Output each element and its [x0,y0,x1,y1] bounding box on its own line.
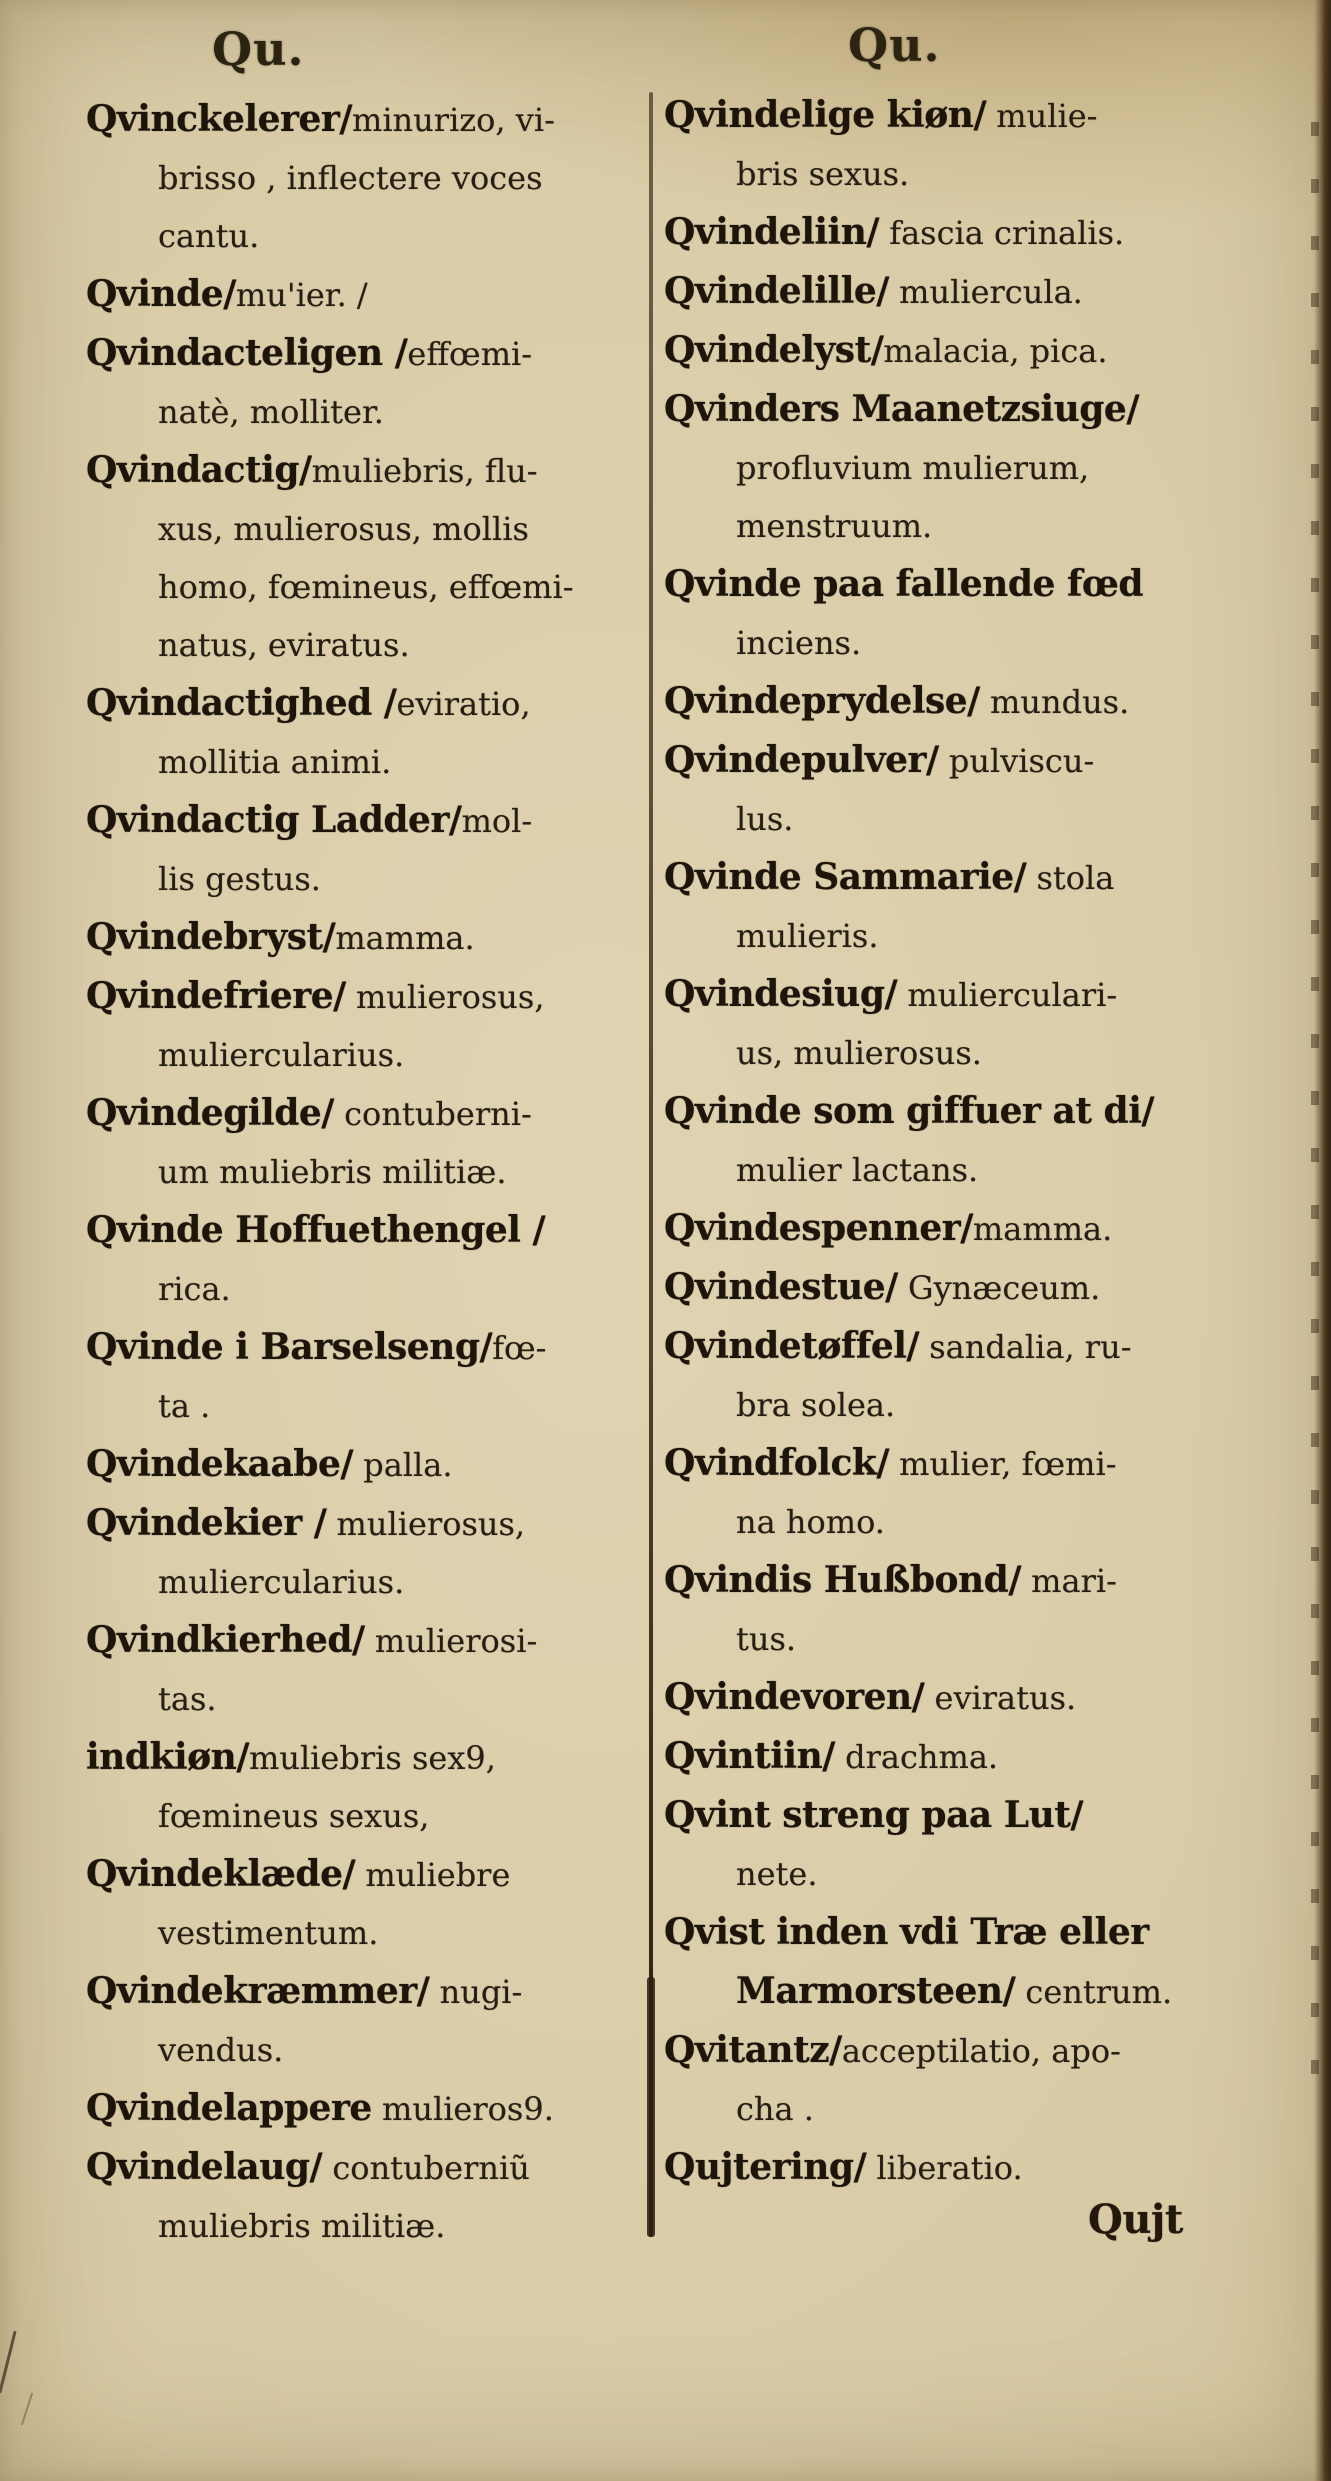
dictionary-entry: Qvindeklæde/ muliebre vestimentum. [86,1845,652,1962]
entry-headword: Qvinde som giffuer at di/ [664,1090,1154,1132]
entry-definition: palla. [353,1446,452,1484]
entry-definition: centrum. [1015,1973,1172,2011]
entry-headword: Qvindeklæde/ [86,1853,355,1895]
entry-headword: Qvint streng paa Lut/ [664,1794,1083,1836]
entry-definition: muliercula. [889,273,1083,311]
entry-headword: Qvindespenner/ [664,1207,973,1249]
entry-definition: fascia crinalis. [879,214,1124,252]
entry-headword: Qvindekaabe/ [86,1443,353,1485]
dictionary-entry: Qvinde paa fallende fœd inciens. [664,555,1329,672]
dictionary-entry: Qvitantz/acceptilatio, apo- cha . [664,2021,1329,2138]
dictionary-entry: Qvintiin/ drachma. [664,1727,1329,1786]
dictionary-entry: Qvindekræmmer/ nugi- vendus. [86,1962,652,2079]
dictionary-entry: Qvinde/mu'ier. / [86,265,652,324]
entry-headword: Qvinde i Barselseng/ [86,1326,492,1368]
entry-definition: Gynæceum. [898,1269,1100,1307]
dictionary-entry: Qvindepulver/ pulviscu- lus. [664,731,1329,848]
dictionary-entry: Qujtering/ liberatio. [664,2138,1329,2197]
entry-definition: liberatio. [866,2149,1022,2187]
entry-headword: Qvindactig Ladder/ [86,799,462,841]
entry-definition: eviratus. [924,1679,1076,1717]
dictionary-entry: Qvindactighed /eviratio, mollitia animi. [86,674,652,791]
entry-headword: Qvinde paa fallende fœd [664,563,1143,605]
entry-headword: Qvitantz/ [664,2029,842,2071]
entry-definition: mamma. [335,919,474,957]
entry-headword: Qvindekier / [86,1502,326,1544]
dictionary-entry: Qvinde som giffuer at di/ mulier lactans… [664,1082,1329,1199]
dictionary-entry: Qvindis Hußbond/ mari- tus. [664,1551,1329,1668]
dictionary-entry: Qvindesiug/ mulierculari- us, mulierosus… [664,965,1329,1082]
entry-definition: mundus. [980,683,1129,721]
dictionary-entry: Qvindekier / mulierosus, muliercularius. [86,1494,652,1611]
dictionary-entry: Qvindeliin/ fascia crinalis. [664,203,1329,262]
entry-headword: Qvindeliin/ [664,211,879,253]
ink-mark [21,2393,33,2426]
entry-definition: drachma. [835,1738,998,1776]
entry-headword: Qvindesiug/ [664,973,897,1015]
entry-headword: Qvindepulver/ [664,739,939,781]
dictionary-entry: Qvindfolck/ mulier, fœmi- na homo. [664,1434,1329,1551]
entry-headword: Qvindelige kiøn/ [664,94,986,136]
entry-headword: Qvindfolck/ [664,1442,889,1484]
entry-headword: Qvindelaug/ [86,2146,322,2188]
left-column-header: Qu. [212,22,305,76]
ink-mark [0,2331,17,2394]
entry-headword: Qvindelyst/ [664,329,883,371]
entry-headword: Qvindelappere [86,2087,372,2129]
dictionary-entry: Qvinders Maanetzsiuge/ profluvium mulier… [664,380,1329,555]
entry-definition: mamma. [973,1210,1112,1248]
entry-headword: Qvinde/ [86,273,236,315]
entry-headword: Qvindeprydelse/ [664,680,980,722]
entry-headword: Qvindestue/ [664,1266,898,1308]
entry-headword: Qvindegilde/ [86,1092,334,1134]
dictionary-entry: Qvindevoren/ eviratus. [664,1668,1329,1727]
entry-headword: Qvindekræmmer/ [86,1970,429,2012]
dictionary-entry: Qvindespenner/mamma. [664,1199,1329,1258]
dictionary-entry: Qvindelille/ muliercula. [664,262,1329,321]
dictionary-entry: Qvindactig Ladder/mol- lis gestus. [86,791,652,908]
entry-headword: Qvindetøffel/ [664,1325,919,1367]
entry-headword: Qvindebryst/ [86,916,335,958]
dictionary-entry: Qvindetøffel/ sandalia, ru- bra solea. [664,1317,1329,1434]
entry-definition: rica. [158,1270,231,1308]
right-column-entries: Qvindelige kiøn/ mulie- bris sexus.Qvind… [664,86,1329,2197]
entry-headword: Qvindelille/ [664,270,889,312]
entry-definition: nete. [736,1855,818,1893]
right-column-header: Qu. [848,18,941,72]
dictionary-entry: Qvindacteligen /effœmi- natè, molliter. [86,324,652,441]
entry-headword: Qvinders Maanetzsiuge/ [664,388,1139,430]
entry-headword: Qujtering/ [664,2146,866,2188]
entry-definition: profluvium mulierum, menstruum. [736,449,1089,545]
entry-definition: malacia, pica. [883,332,1107,370]
dictionary-entry: Qvinde Hoffuethengel / rica. [86,1201,652,1318]
dictionary-entry: Qvindebryst/mamma. [86,908,652,967]
dictionary-entry: Qvint streng paa Lut/ nete. [664,1786,1329,1903]
entry-definition: mu'ier. / [236,276,368,314]
entry-definition: mulieros9. [372,2090,554,2128]
dictionary-entry: Qvindkierhed/ mulierosi- tas. [86,1611,652,1728]
entry-headword: Qvindactighed / [86,682,396,724]
scanned-dictionary-page: Qu. Qu. Qvinckelerer/minurizo, vi- briss… [0,0,1331,2481]
entry-headword: Qvindis Hußbond/ [664,1559,1021,1601]
entry-headword: Qvindevoren/ [664,1676,924,1718]
dictionary-entry: Qvindelige kiøn/ mulie- bris sexus. [664,86,1329,203]
entry-headword: Qvintiin/ [664,1735,835,1777]
dictionary-entry: Qvindelappere mulieros9. [86,2079,652,2138]
dictionary-entry: indkiøn/muliebris sex9, fœmineus sexus, [86,1728,652,1845]
dictionary-entry: Qvinckelerer/minurizo, vi- brisso , infl… [86,90,652,265]
dictionary-entry: Qvist inden vdi Træ eller Marmorsteen/ c… [664,1903,1329,2021]
dictionary-entry: Qvindeprydelse/ mundus. [664,672,1329,731]
entry-headword: Qvindkierhed/ [86,1619,365,1661]
entry-definition: inciens. [736,624,861,662]
dictionary-entry: Qvinde Sammarie/ stola mulieris. [664,848,1329,965]
dictionary-entry: Qvinde i Barselseng/fœ- ta . [86,1318,652,1435]
dictionary-entry: Qvindactig/muliebris, flu- xus, mulieros… [86,441,652,674]
dictionary-entry: Qvindekaabe/ palla. [86,1435,652,1494]
dictionary-entry: Qvindegilde/ contuberni- um muliebris mi… [86,1084,652,1201]
entry-headword: Qvinde Hoffuethengel / [86,1209,545,1251]
left-column-entries: Qvinckelerer/minurizo, vi- brisso , infl… [86,90,652,2255]
entry-definition: mulier lactans. [736,1151,978,1189]
entry-headword: Qvindefriere/ [86,975,346,1017]
dictionary-entry: Qvindelyst/malacia, pica. [664,321,1329,380]
dictionary-entry: Qvindelaug/ contuberniũ muliebris militi… [86,2138,652,2255]
entry-headword: Qvinckelerer/ [86,98,352,140]
entry-headword: Qvinde Sammarie/ [664,856,1026,898]
dictionary-entry: Qvindestue/ Gynæceum. [664,1258,1329,1317]
entry-headword: Qvindactig/ [86,449,312,491]
entry-headword: Qvindacteligen / [86,332,407,374]
catchword: Qujt [1088,2196,1183,2243]
entry-headword: indkiøn/ [86,1736,249,1778]
dictionary-entry: Qvindefriere/ mulierosus, muliercularius… [86,967,652,1084]
